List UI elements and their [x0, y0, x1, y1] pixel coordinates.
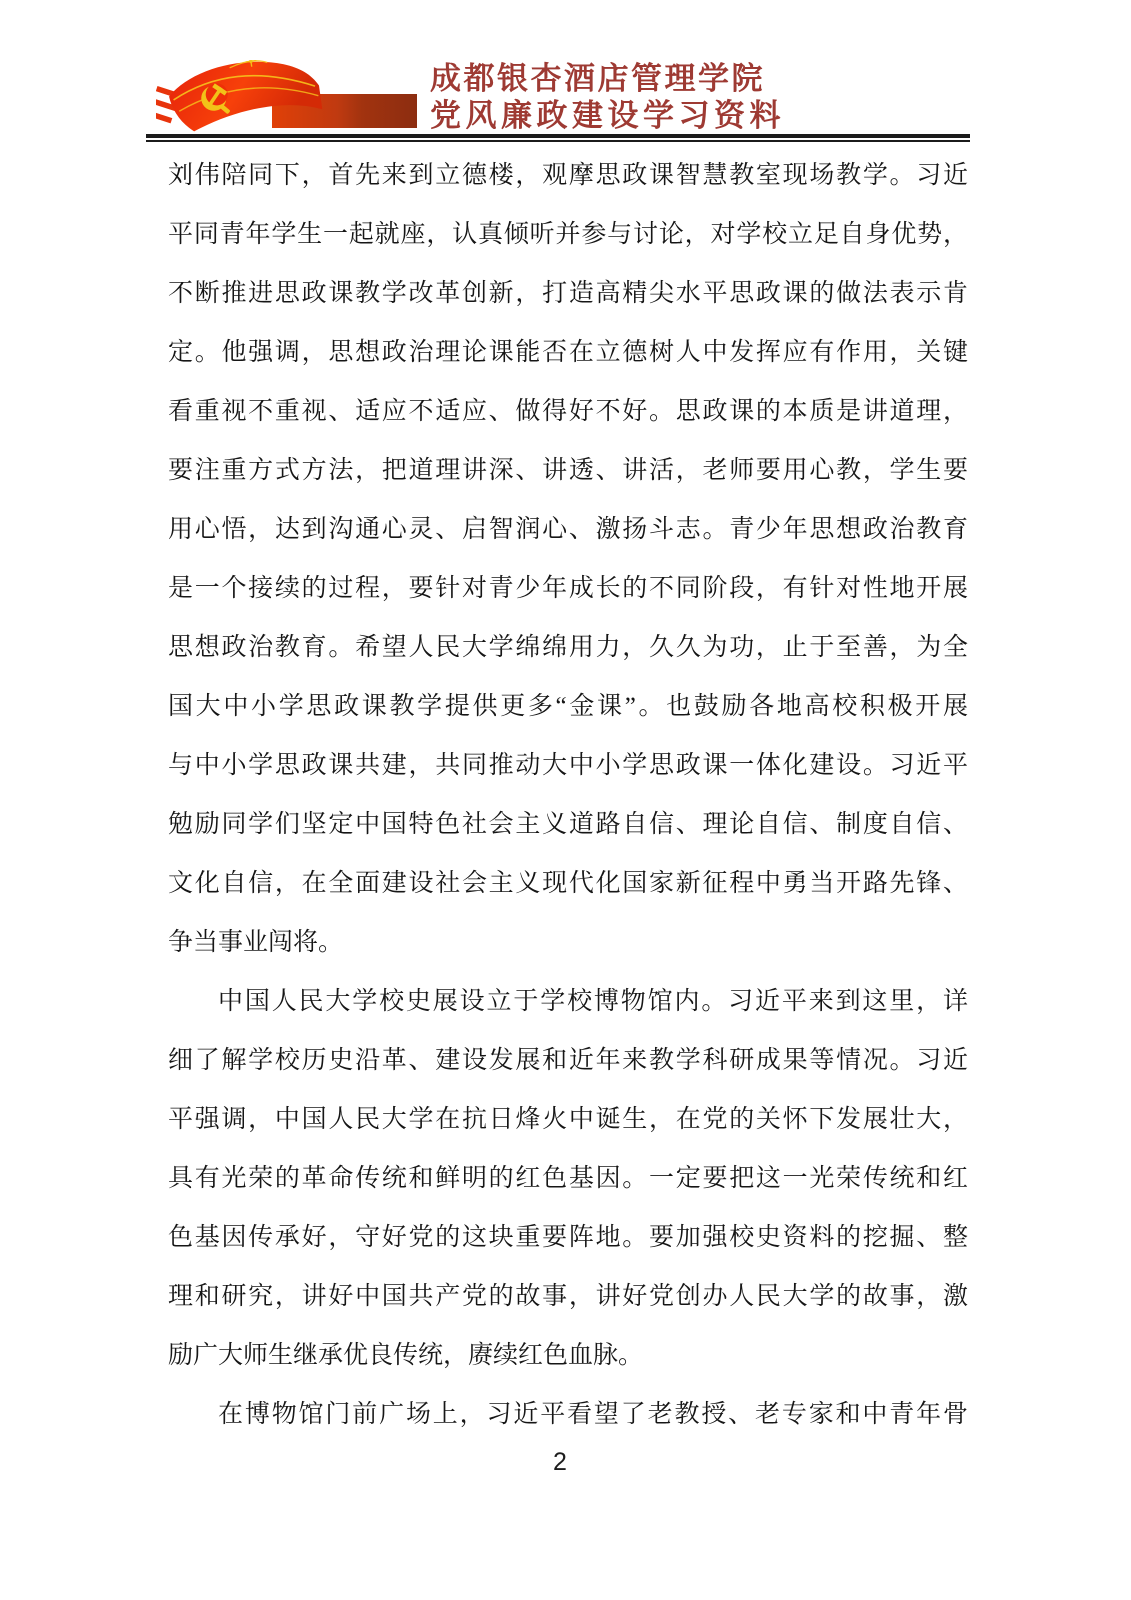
body-line: 勉励同学们坚定中国特色社会主义道路自信、理论自信、制度自信、	[168, 795, 968, 854]
page-number: 2	[0, 1448, 1120, 1477]
body-line: 刘伟陪同下，首先来到立德楼，观摩思政课智慧教室现场教学。习近	[168, 146, 968, 205]
body-line: 思想政治教育。希望人民大学绵绵用力，久久为功，止于至善，为全	[168, 618, 968, 677]
body-line: 国大中小学思政课教学提供更多“金课”。也鼓励各地高校积极开展	[168, 677, 968, 736]
body-line: 是一个接续的过程，要针对青少年成长的不同阶段，有针对性地开展	[168, 559, 968, 618]
header-title-block: 成都银杏酒店管理学院 党风廉政建设学习资料	[430, 60, 785, 134]
document-series-title: 党风廉政建设学习资料	[430, 97, 785, 134]
document-page: 成都银杏酒店管理学院 党风廉政建设学习资料 刘伟陪同下，首先来到立德楼，观摩思政…	[0, 0, 1131, 1600]
document-body: 刘伟陪同下，首先来到立德楼，观摩思政课智慧教室现场教学。习近平同青年学生一起就座…	[168, 146, 968, 1444]
body-line: 平同青年学生一起就座，认真倾听并参与讨论，对学校立足自身优势，	[168, 205, 968, 264]
party-flag-graphic	[156, 60, 420, 132]
body-line: 中国人民大学校史展设立于学校博物馆内。习近平来到这里，详	[168, 972, 968, 1031]
body-line: 色基因传承好，守好党的这块重要阵地。要加强校史资料的挖掘、整	[168, 1208, 968, 1267]
body-line: 与中小学思政课共建，共同推动大中小学思政课一体化建设。习近平	[168, 736, 968, 795]
body-line: 平强调，中国人民大学在抗日烽火中诞生，在党的关怀下发展壮大，	[168, 1090, 968, 1149]
header-rule	[146, 134, 970, 138]
body-line: 文化自信，在全面建设社会主义现代化国家新征程中勇当开路先锋、	[168, 854, 968, 913]
body-line: 励广大师生继承优良传统，赓续红色血脉。	[168, 1326, 968, 1385]
body-line: 不断推进思政课教学改革创新，打造高精尖水平思政课的做法表示肯	[168, 264, 968, 323]
body-line: 细了解学校历史沿革、建设发展和近年来教学科研成果等情况。习近	[168, 1031, 968, 1090]
org-name: 成都银杏酒店管理学院	[430, 60, 785, 97]
body-line: 要注重方式方法，把道理讲深、讲透、讲活，老师要用心教，学生要	[168, 441, 968, 500]
body-line: 看重视不重视、适应不适应、做得好不好。思政课的本质是讲道理，	[168, 382, 968, 441]
body-line: 具有光荣的革命传统和鲜明的红色基因。一定要把这一光荣传统和红	[168, 1149, 968, 1208]
body-line: 争当事业闯将。	[168, 913, 968, 972]
body-line: 定。他强调，思想政治理论课能否在立德树人中发挥应有作用，关键	[168, 323, 968, 382]
body-line: 在博物馆门前广场上，习近平看望了老教授、老专家和中青年骨	[168, 1385, 968, 1444]
party-flag-logo	[156, 60, 420, 132]
body-line: 理和研究，讲好中国共产党的故事，讲好党创办人民大学的故事，激	[168, 1267, 968, 1326]
body-line: 用心悟，达到沟通心灵、启智润心、激扬斗志。青少年思想政治教育	[168, 500, 968, 559]
